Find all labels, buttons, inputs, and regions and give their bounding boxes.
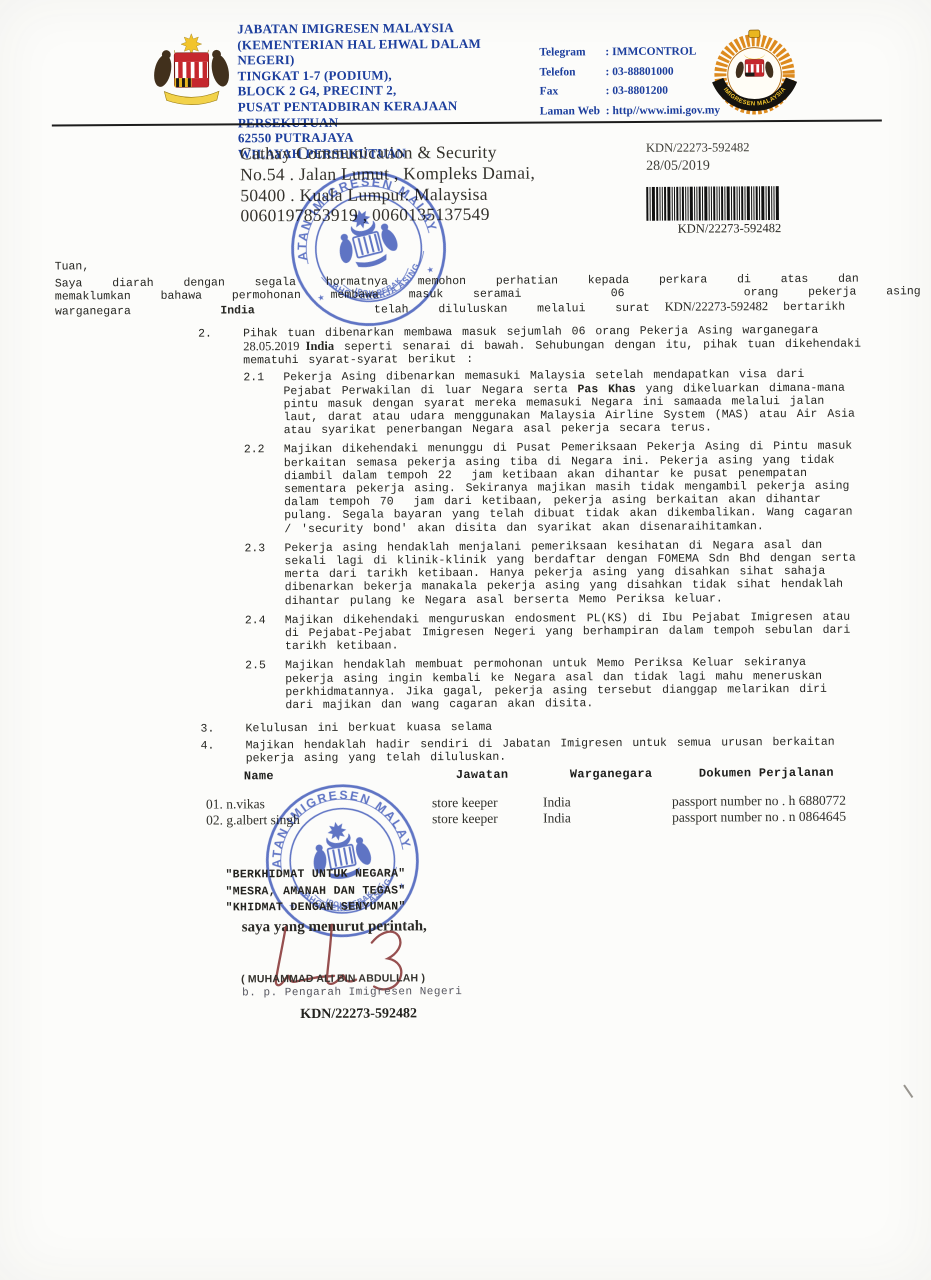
item-2-2: 2.2 Majikan dikehendaki menunggu di Pusa… [56, 440, 883, 537]
contact-value: : IMMCONTROL [605, 43, 696, 63]
column-header: Dokumen Perjalanan [672, 765, 896, 780]
contact-value: : 03-8801200 [606, 82, 668, 102]
cell-warganegara: India [543, 794, 672, 810]
item-number: 4. [201, 739, 246, 766]
item-2-line: mematuhi syarat-syarat berikut : [243, 351, 881, 368]
barcode-icon [645, 186, 813, 221]
scanner-artifact [903, 1085, 913, 1099]
item-number: 2.3 [244, 542, 284, 608]
salutation: Tuan, [55, 255, 881, 273]
document-page: JABATAN IMIGRESEN MALAYSIA (KEMENTERIAN … [0, 0, 931, 1280]
contact-row: Fax : 03-8801200 [540, 81, 720, 102]
contact-value: : http//www.imi.gov.my [606, 101, 720, 121]
barcode-block: KDN/22273-592482 [645, 186, 813, 237]
contact-row: Laman Web : http//www.imi.gov.my [540, 101, 720, 122]
item-2-5-lines: Majikan hendaklah membuat permohonan unt… [285, 656, 883, 712]
item-3-line: Kelulusan ini berkuat kuasa selama [246, 719, 884, 736]
item-2-2-lines: Majikan dikehendaki menunggu di Pusat Pe… [284, 440, 883, 536]
reference-date: 28/05/2019 [646, 158, 710, 174]
item-4-lines: Majikan hendaklah hadir sendiri di Jabat… [246, 735, 884, 765]
item-2-4-lines: Majikan dikehendaki menguruskan endosmen… [285, 610, 883, 653]
signer-name: ( MUHAMMAD ALI BIN ABDULLAH ) [241, 972, 425, 985]
item-2: 2. Pihak tuan dibenarkan membawa masuk s… [55, 323, 881, 369]
contact-label: Laman Web [540, 102, 606, 122]
item-2-1: 2.1 Pekerja Asing dibenarkan memasuki Ma… [55, 368, 881, 439]
item-number: 2.2 [244, 444, 285, 537]
coat-of-arms-icon [143, 29, 240, 118]
barcode-label: KDN/22273-592482 [645, 221, 813, 237]
contact-block: Telegram : IMMCONTROL Telefon : 03-88801… [539, 42, 720, 121]
worker-table-header: Name Jawatan Warganegara Dokumen Perjala… [206, 765, 896, 783]
contact-label: Fax [540, 82, 606, 102]
item-number: 2.4 [245, 614, 285, 654]
contact-value: : 03-88801000 [605, 62, 673, 82]
cell-dokumen: passport number no . n 0864645 [672, 808, 896, 825]
cell-jawatan: store keeper [432, 810, 543, 826]
letter-body: Tuan, Saya diarah dengan segala hormatny… [55, 255, 884, 766]
cell-dokumen: passport number no . h 6880772 [672, 792, 896, 809]
item-2-5: 2.5 Majikan hendaklah membuat permohonan… [57, 656, 883, 714]
item-2-3-lines: Pekerja asing hendaklah menjalani pemeri… [284, 538, 882, 608]
item-2-3: 2.3 Pekerja asing hendaklah menjalani pe… [56, 538, 882, 609]
immigration-badge-icon: IMIGRESEN MALAYSIA [707, 28, 802, 125]
item-number: 2.5 [245, 660, 285, 713]
paragraph-1: Saya diarah dengan segala hormatnya memo… [55, 273, 881, 319]
contact-row: Telegram : IMMCONTROL [539, 42, 719, 63]
agency-line: TINGKAT 1-7 (PODIUM), [238, 66, 538, 83]
contact-label: Telefon [539, 63, 605, 83]
agency-line: PUSAT PENTADBIRAN KERAJAAN PERSEKUTUAN [238, 98, 538, 131]
item-2-1-lines: pintu masuk dengan syarat mereka memasuk… [284, 394, 882, 437]
item-2-4: 2.4 Majikan dikehendaki menguruskan endo… [57, 610, 883, 655]
column-header: Jawatan [432, 768, 543, 783]
department-slogans: "BERKHIDMAT UNTUK NEGARA" "MESRA, AMANAH… [225, 866, 405, 917]
agency-address-block: JABATAN IMIGRESEN MALAYSIA (KEMENTERIAN … [237, 20, 538, 162]
item-number: 2.1 [243, 372, 283, 438]
agency-line: JABATAN IMIGRESEN MALAYSIA [237, 20, 537, 37]
contact-label: Telegram [539, 43, 605, 63]
item-number: 2. [198, 327, 243, 368]
agency-line: BLOCK 2 G4, PRECINT 2, [238, 82, 538, 99]
contact-row: Telefon : 03-88801000 [539, 62, 719, 83]
column-header: Warganegara [543, 767, 672, 782]
agency-line: (KEMENTERIAN HAL EHWAL DALAM NEGERI) [237, 35, 537, 68]
item-3: 3. Kelulusan ini berkuat kuasa selama [58, 719, 884, 737]
footer-reference-number: KDN/22273-592482 [300, 1006, 417, 1023]
cell-warganegara: India [543, 809, 672, 825]
reference-number: KDN/22273-592482 [646, 140, 750, 156]
item-4: 4. Majikan hendaklah hadir sendiri di Ja… [58, 735, 884, 766]
item-number: 3. [201, 723, 246, 736]
cell-jawatan: store keeper [432, 795, 543, 811]
signer-title: b. p. Pengarah Imigresen Negeri [242, 986, 462, 999]
